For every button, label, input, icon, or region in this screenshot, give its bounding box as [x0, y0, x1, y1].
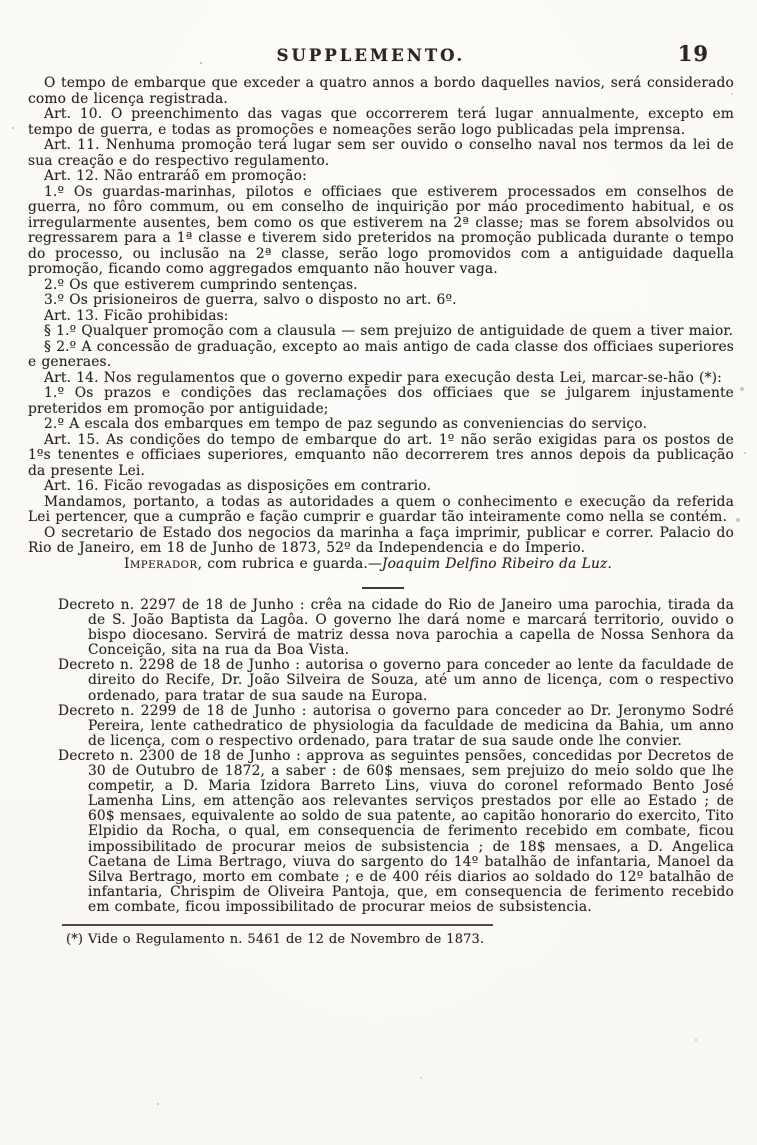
law-paragraph: § 2.º A concessão de graduação, excepto … — [28, 340, 734, 371]
signature-imperador: Imperador — [124, 556, 198, 572]
law-paragraph: Art. 15. As condições do tempo de embarq… — [28, 433, 734, 480]
law-paragraph: 1.º Os guardas-marinhas, pilotos e offic… — [28, 185, 734, 278]
law-paragraph: § 1.º Qualquer promoção com a clausula —… — [28, 324, 734, 340]
law-paragraph: Art. 14. Nos regulamentos que o governo … — [28, 371, 734, 387]
law-paragraph: Art. 13. Ficão prohibidas: — [28, 309, 734, 325]
law-paragraph: 3.º Os prisioneiros de guerra, salvo o d… — [28, 293, 734, 309]
footnote: (*) Vide o Regulamento n. 5461 de 12 de … — [66, 932, 734, 948]
section-divider-rule — [362, 587, 404, 589]
signature-text: , com rubrica e guarda.— — [198, 556, 382, 572]
decree-item: Decreto n. 2297 de 18 de Junho : crêa na… — [58, 598, 734, 658]
page-header: SUPPLEMENTO. 19 — [0, 0, 757, 76]
decree-item: Decreto n. 2298 de 18 de Junho : autoris… — [58, 658, 734, 703]
law-paragraph: 1.º Os prazos e condições das reclamaçõe… — [28, 386, 734, 417]
decree-item: Decreto n. 2300 de 18 de Junho : approva… — [58, 749, 734, 915]
law-paragraph: O tempo de embarque que exceder a quatro… — [28, 76, 734, 107]
scanned-document-page: SUPPLEMENTO. 19 O tempo de embarque que … — [0, 0, 757, 1145]
page-title: SUPPLEMENTO. — [277, 46, 466, 65]
page-number: 19 — [678, 41, 709, 66]
law-paragraph: O secretario de Estado dos negocios da m… — [28, 526, 734, 557]
decree-list: Decreto n. 2297 de 18 de Junho : crêa na… — [58, 598, 734, 915]
signature-name: Joaquim Delfino Ribeiro da Luz. — [382, 556, 612, 572]
law-paragraph: Art. 12. Não entraráõ em promoção: — [28, 169, 734, 185]
decree-item: Decreto n. 2299 de 18 de Junho : autoris… — [58, 704, 734, 749]
law-paragraph: Art. 11. Nenhuma promoção terá lugar sem… — [28, 138, 734, 169]
law-paragraph: Mandamos, portanto, a todas as autoridad… — [28, 495, 734, 526]
signature-line: Imperador, com rubrica e guarda.—Joaquim… — [28, 557, 734, 573]
law-paragraph: Art. 10. O preenchimento das vagas que o… — [28, 107, 734, 138]
law-paragraph: 2.º Os que estiverem cumprindo sentenças… — [28, 278, 734, 294]
law-paragraph: Art. 16. Ficão revogadas as disposições … — [28, 479, 734, 495]
document-body: O tempo de embarque que exceder a quatro… — [28, 76, 734, 947]
law-paragraph: 2.º A escala dos embarques em tempo de p… — [28, 417, 734, 433]
footnote-divider-rule — [62, 924, 493, 926]
